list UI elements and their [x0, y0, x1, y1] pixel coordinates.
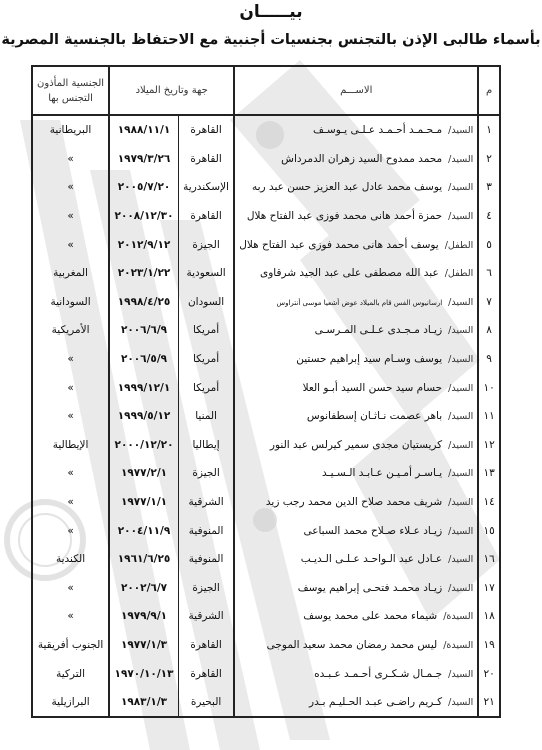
row-name-cell: السيد/عـادل عبد الـواحـد عـلـى الـديـب — [234, 545, 478, 574]
row-birth-date: ٢٠٠٥/٧/٢٠ — [109, 173, 178, 202]
row-name: باهر عصمت نـاثـان إسطفانوس — [307, 410, 442, 422]
row-name: عـادل عبد الـواحـد عـلـى الـديـب — [301, 553, 442, 565]
row-birth-place: الجيزة — [178, 574, 234, 603]
row-birth-place: الجيزة — [178, 230, 234, 259]
row-name: شريف محمد صلاح الدين محمد رجب زيد — [266, 496, 442, 508]
row-number: ١٤ — [478, 488, 500, 517]
row-birth-date: ٢٠٢٣/١/٢٢ — [109, 259, 178, 288]
table-row: ٦ الطفل/عبد الله مصطفى على عبد الجيد شرق… — [32, 259, 500, 288]
row-birth-place: القاهرة — [178, 145, 234, 174]
row-birth-date: ١٩٧٠/١٠/١٣ — [109, 659, 178, 688]
row-birth-place: أمريكا — [178, 345, 234, 374]
row-nationality: الإيطالية — [32, 431, 109, 460]
row-name: حسام سيد حسن السيد أبـو العلا — [303, 382, 443, 394]
row-nationality: » — [32, 202, 109, 231]
row-honorific: السيد/ — [448, 325, 473, 336]
table-row: ٢١ السيد/كـريم راضـى عبـد الحـليـم بـدر … — [32, 688, 500, 718]
table-row: ٤ السيد/حمزة أحمد هانى محمد فوزى عبد الف… — [32, 202, 500, 231]
row-nationality: » — [32, 488, 109, 517]
row-birth-place: الشرقية — [178, 488, 234, 517]
row-name-cell: السيد/يوسف وسـام سيد إبراهيم حستين — [234, 345, 478, 374]
row-nationality: المغربية — [32, 259, 109, 288]
row-nationality: الكندية — [32, 545, 109, 574]
row-honorific: الطفل/ — [445, 240, 474, 251]
row-birth-place: المنيا — [178, 402, 234, 431]
row-birth-date: ١٩٧٩/٣/٢٦ — [109, 145, 178, 174]
table-header-row: م الاســـم جهة وتاريخ الميلاد الجنسية ال… — [32, 66, 500, 115]
row-birth-place: إيطاليا — [178, 431, 234, 460]
row-name-cell: السيد/زيـاد عـلاء صـلاح محمد السباعى — [234, 516, 478, 545]
row-name-cell: السيد/حمزة أحمد هانى محمد فوزى عبد الفتا… — [234, 202, 478, 231]
row-birth-date: ١٩٩٩/٥/١٢ — [109, 402, 178, 431]
row-number: ١٩ — [478, 631, 500, 660]
row-number: ٧ — [478, 288, 500, 317]
row-name: يـاسـر أمـيـن عـابـد الـسـيـد — [322, 467, 442, 479]
row-birth-date: ١٩٨٣/١/٣ — [109, 688, 178, 718]
header-name: الاســـم — [234, 66, 478, 115]
row-name: يوسف وسـام سيد إبراهيم حستين — [296, 353, 442, 365]
row-honorific: السيد/ — [448, 383, 473, 394]
row-number: ١٧ — [478, 574, 500, 603]
table-row: ٩ السيد/يوسف وسـام سيد إبراهيم حستين أمر… — [32, 345, 500, 374]
row-number: ٨ — [478, 316, 500, 345]
row-name: زيـاد مـجـدى عـلـى المـرسـى — [315, 324, 443, 336]
row-birth-date: ١٩٧٧/١/١ — [109, 488, 178, 517]
row-birth-place: البحيرة — [178, 688, 234, 718]
row-birth-date: ٢٠٠٦/٥/٩ — [109, 345, 178, 374]
document-title: بيـــــان — [0, 2, 542, 22]
row-number: ١٥ — [478, 516, 500, 545]
row-name-cell: الطفل/يوسف أحمد هانى محمد فوزى عبد الفتا… — [234, 230, 478, 259]
row-name: مـحـمـد أحـمـد عـلـى يـوسـف — [313, 124, 442, 136]
row-number: ٥ — [478, 230, 500, 259]
row-honorific: السيد/ — [448, 411, 473, 422]
header-birth: جهة وتاريخ الميلاد — [109, 66, 234, 115]
row-honorific: السيد/ — [448, 440, 473, 451]
table-row: ٧ السيد/ارسانيوس الفس قام بالميلاد عوض أ… — [32, 288, 500, 317]
row-name-cell: السيدة/ليس محمد رمضان محمد سعيد الموجى — [234, 631, 478, 660]
row-honorific: السيد/ — [448, 211, 473, 222]
row-nationality: البرازيلية — [32, 688, 109, 718]
row-name: يوسف محمد عادل عبد العزيز حسن عبد ربه — [252, 181, 442, 193]
row-name-cell: السيد/شريف محمد صلاح الدين محمد رجب زيد — [234, 488, 478, 517]
row-number: ١ — [478, 115, 500, 145]
row-honorific: السيد/ — [448, 554, 473, 565]
table-row: ١٤ السيد/شريف محمد صلاح الدين محمد رجب ز… — [32, 488, 500, 517]
row-name: ارسانيوس الفس قام بالميلاد عوض أشعيا موس… — [277, 299, 443, 307]
row-birth-place: أمريكا — [178, 373, 234, 402]
table-row: ٢٠ السيد/جـمـال شـكـرى أحـمـد عـبـده الق… — [32, 659, 500, 688]
row-honorific: السيد/ — [448, 297, 473, 308]
row-name: شيماء محمد على محمد يوسف — [303, 610, 437, 622]
row-nationality: » — [32, 173, 109, 202]
row-birth-date: ١٩٧٩/٩/١ — [109, 602, 178, 631]
row-birth-date: ١٩٧٧/٢/١ — [109, 459, 178, 488]
row-name: كريستيان مجدى سمير كيرلس عبد النور — [270, 439, 442, 451]
row-honorific: السيد/ — [448, 697, 473, 708]
row-name: جـمـال شـكـرى أحـمـد عـبـده — [314, 668, 442, 680]
header-num: م — [478, 66, 500, 115]
row-number: ١٨ — [478, 602, 500, 631]
row-nationality: » — [32, 345, 109, 374]
row-honorific: السيد/ — [448, 154, 473, 165]
row-birth-place: القاهرة — [178, 631, 234, 660]
row-birth-place: السودان — [178, 288, 234, 317]
row-birth-place: أمريكا — [178, 316, 234, 345]
row-honorific: السيد/ — [448, 125, 473, 136]
row-nationality: » — [32, 602, 109, 631]
row-name: عبد الله مصطفى على عبد الجيد شرقاوى — [260, 267, 439, 279]
row-birth-place: القاهرة — [178, 659, 234, 688]
row-nationality: التركية — [32, 659, 109, 688]
table-row: ٨ السيد/زيـاد مـجـدى عـلـى المـرسـى أمري… — [32, 316, 500, 345]
table-row: ٥ الطفل/يوسف أحمد هانى محمد فوزى عبد الف… — [32, 230, 500, 259]
row-name-cell: السيد/يوسف محمد عادل عبد العزيز حسن عبد … — [234, 173, 478, 202]
row-number: ٢ — [478, 145, 500, 174]
row-birth-date: ١٩٩٩/١٢/١ — [109, 373, 178, 402]
table-row: ١٣ السيد/يـاسـر أمـيـن عـابـد الـسـيـد ا… — [32, 459, 500, 488]
row-number: ١١ — [478, 402, 500, 431]
row-nationality: » — [32, 230, 109, 259]
row-birth-date: ١٩٧٧/١/٣ — [109, 631, 178, 660]
table-row: ٣ السيد/يوسف محمد عادل عبد العزيز حسن عب… — [32, 173, 500, 202]
row-name-cell: الطفل/عبد الله مصطفى على عبد الجيد شرقاو… — [234, 259, 478, 288]
row-name-cell: السيد/باهر عصمت نـاثـان إسطفانوس — [234, 402, 478, 431]
row-honorific: الطفل/ — [445, 268, 474, 279]
table-row: ١٠ السيد/حسام سيد حسن السيد أبـو العلا أ… — [32, 373, 500, 402]
row-birth-date: ٢٠٠٠/١٢/٢٠ — [109, 431, 178, 460]
row-nationality: الجنوب أفريقية — [32, 631, 109, 660]
row-number: ٢١ — [478, 688, 500, 718]
row-number: ٣ — [478, 173, 500, 202]
row-birth-date: ١٩٦١/٦/٢٥ — [109, 545, 178, 574]
table-row: ١٥ السيد/زيـاد عـلاء صـلاح محمد السباعى … — [32, 516, 500, 545]
row-honorific: السيد/ — [448, 354, 473, 365]
row-honorific: السيد/ — [448, 669, 473, 680]
row-number: ١٣ — [478, 459, 500, 488]
row-name: زيـاد عـلاء صـلاح محمد السباعى — [303, 525, 442, 537]
row-name: زيـاد محمـد فتحـى إبراهيم يوسف — [298, 582, 442, 594]
row-nationality: السودانية — [32, 288, 109, 317]
row-birth-date: ١٩٩٨/٤/٢٥ — [109, 288, 178, 317]
row-name-cell: السيد/زيـاد محمـد فتحـى إبراهيم يوسف — [234, 574, 478, 603]
row-birth-place: المنوفية — [178, 545, 234, 574]
row-birth-date: ٢٠١٢/٩/١٢ — [109, 230, 178, 259]
table-body: ١ السيد/مـحـمـد أحـمـد عـلـى يـوسـف القا… — [32, 115, 500, 717]
row-birth-place: القاهرة — [178, 202, 234, 231]
row-name-cell: السيدة/شيماء محمد على محمد يوسف — [234, 602, 478, 631]
row-number: ٩ — [478, 345, 500, 374]
table-row: ١٢ السيد/كريستيان مجدى سمير كيرلس عبد ال… — [32, 431, 500, 460]
row-nationality: الأمريكية — [32, 316, 109, 345]
row-nationality: » — [32, 516, 109, 545]
table-row: ١ السيد/مـحـمـد أحـمـد عـلـى يـوسـف القا… — [32, 115, 500, 145]
row-birth-date: ٢٠٠٢/٦/٧ — [109, 574, 178, 603]
row-name: ليس محمد رمضان محمد سعيد الموجى — [267, 639, 438, 651]
row-name-cell: السيد/مـحـمـد أحـمـد عـلـى يـوسـف — [234, 115, 478, 145]
row-birth-date: ٢٠٠٦/٦/٩ — [109, 316, 178, 345]
row-birth-place: السعودية — [178, 259, 234, 288]
table-row: ١١ السيد/باهر عصمت نـاثـان إسطفانوس المن… — [32, 402, 500, 431]
row-name-cell: السيد/كـريم راضـى عبـد الحـليـم بـدر — [234, 688, 478, 718]
row-name-cell: السيد/ارسانيوس الفس قام بالميلاد عوض أشع… — [234, 288, 478, 317]
row-birth-place: الإسكندرية — [178, 173, 234, 202]
row-name: حمزة أحمد هانى محمد فوزى عبد الفتاح هلال — [247, 210, 442, 222]
row-number: ٤ — [478, 202, 500, 231]
row-birth-date: ١٩٨٨/١١/١ — [109, 115, 178, 145]
row-name-cell: السيد/يـاسـر أمـيـن عـابـد الـسـيـد — [234, 459, 478, 488]
row-honorific: السيد/ — [448, 182, 473, 193]
header-nationality-line2: التجنس بها — [37, 91, 104, 106]
row-birth-place: الجيزة — [178, 459, 234, 488]
table-row: ١٨ السيدة/شيماء محمد على محمد يوسف الشرق… — [32, 602, 500, 631]
row-nationality: » — [32, 459, 109, 488]
row-nationality: البريطانية — [32, 115, 109, 145]
row-number: ١٦ — [478, 545, 500, 574]
row-number: ١٢ — [478, 431, 500, 460]
table-row: ١٩ السيدة/ليس محمد رمضان محمد سعيد الموج… — [32, 631, 500, 660]
row-nationality: » — [32, 145, 109, 174]
row-nationality: » — [32, 402, 109, 431]
row-name: كـريم راضـى عبـد الحـليـم بـدر — [309, 696, 442, 708]
row-name-cell: السيد/محمد ممدوح السيد زهران الدمرداش — [234, 145, 478, 174]
row-name: محمد ممدوح السيد زهران الدمرداش — [281, 153, 442, 165]
table-row: ١٧ السيد/زيـاد محمـد فتحـى إبراهيم يوسف … — [32, 574, 500, 603]
row-birth-place: الشرقية — [178, 602, 234, 631]
row-name-cell: السيد/جـمـال شـكـرى أحـمـد عـبـده — [234, 659, 478, 688]
table-row: ١٦ السيد/عـادل عبد الـواحـد عـلـى الـديـ… — [32, 545, 500, 574]
header-nationality-line1: الجنسية المأذون — [37, 76, 104, 91]
row-name: يوسف أحمد هانى محمد فوزى عبد الفتاح هلال — [239, 239, 438, 251]
row-number: ١٠ — [478, 373, 500, 402]
row-name-cell: السيد/حسام سيد حسن السيد أبـو العلا — [234, 373, 478, 402]
row-honorific: السيدة/ — [443, 611, 473, 622]
row-birth-place: القاهرة — [178, 115, 234, 145]
row-birth-date: ٢٠٠٤/١١/٩ — [109, 516, 178, 545]
document-subtitle: بأسماء طالبى الإذن بالتجنس بجنسيات أجنبي… — [0, 32, 542, 48]
header-nationality: الجنسية المأذون التجنس بها — [32, 66, 109, 115]
row-honorific: السيدة/ — [443, 640, 473, 651]
row-nationality: » — [32, 373, 109, 402]
row-name-cell: السيد/كريستيان مجدى سمير كيرلس عبد النور — [234, 431, 478, 460]
row-nationality: » — [32, 574, 109, 603]
row-name-cell: السيد/زيـاد مـجـدى عـلـى المـرسـى — [234, 316, 478, 345]
row-honorific: السيد/ — [448, 468, 473, 479]
row-honorific: السيد/ — [448, 526, 473, 537]
row-honorific: السيد/ — [448, 583, 473, 594]
row-birth-place: المنوفية — [178, 516, 234, 545]
row-honorific: السيد/ — [448, 497, 473, 508]
table-row: ٢ السيد/محمد ممدوح السيد زهران الدمرداش … — [32, 145, 500, 174]
row-number: ٢٠ — [478, 659, 500, 688]
row-birth-date: ٢٠٠٨/١٢/٣٠ — [109, 202, 178, 231]
row-number: ٦ — [478, 259, 500, 288]
applicants-table: م الاســـم جهة وتاريخ الميلاد الجنسية ال… — [31, 65, 501, 718]
